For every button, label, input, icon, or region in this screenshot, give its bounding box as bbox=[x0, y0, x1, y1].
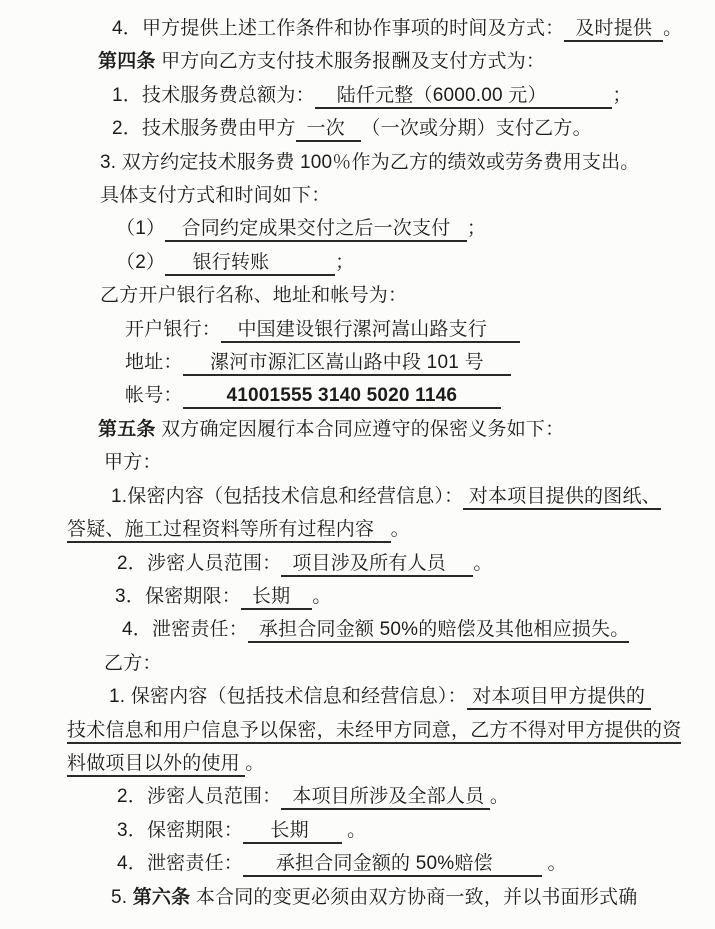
text-run: 甲方向乙方支付技术服务报酬及支付方式为： bbox=[156, 51, 545, 72]
text-run: 5. bbox=[111, 887, 133, 908]
fillin-field-value: 技术信息和用户信息予以保密，未经甲方同意，乙方不得对甲方提供的资 bbox=[67, 720, 681, 744]
text-run: 4．泄密责任： bbox=[117, 853, 243, 874]
text-run: 4．甲方提供上述工作条件和协作事项的时间及方式： bbox=[112, 18, 564, 39]
text-run: 3. 双方约定技术服务费 100％作为乙方的绩效或劳务费用支出。 bbox=[100, 152, 640, 173]
text-run: 。 bbox=[663, 18, 682, 39]
text-run: 。 bbox=[312, 586, 331, 607]
text-run: 。 bbox=[342, 820, 367, 841]
party-a-secret-content: 1.保密内容（包括技术信息和经营信息）： 对本项目提供的图纸、 bbox=[111, 480, 685, 513]
text-run: 第六条 bbox=[133, 887, 191, 908]
fillin-field-value: 本项目所涉及全部人员 bbox=[281, 786, 489, 810]
text-run: 3．保密期限： bbox=[117, 820, 243, 841]
fillin-field-value: 承担合同金额 50%的赔偿及其他相应损失。 bbox=[248, 619, 629, 643]
text-run: （2） bbox=[116, 252, 165, 273]
text-run: 2．涉密人员范围： bbox=[117, 786, 281, 807]
party-a-leak-liability: 4．泄密责任： 承担合同金额 50%的赔偿及其他相应损失。 bbox=[122, 613, 685, 646]
article-4-heading: 第四条 甲方向乙方支付技术服务报酬及支付方式为： bbox=[98, 45, 685, 78]
party-a-secret-term: 3．保密期限： 长期 。 bbox=[115, 580, 685, 613]
text-run: 3．保密期限： bbox=[115, 586, 241, 607]
text-run: 帐号： bbox=[125, 385, 183, 406]
text-run: 甲方： bbox=[104, 452, 162, 473]
text-run: 本合同的变更必须由双方协商一致，并以书面形式确 bbox=[190, 887, 637, 908]
party-b-secret-people: 2．涉密人员范围： 本项目所涉及全部人员 。 bbox=[117, 780, 685, 813]
bank-address: 地址： 漯河市源汇区嵩山路中段 101 号 bbox=[125, 346, 685, 379]
fee-usage: 3. 双方约定技术服务费 100％作为乙方的绩效或劳务费用支出。 bbox=[100, 146, 685, 179]
party-b-secret-content-cont1: 技术信息和用户信息予以保密，未经甲方同意，乙方不得对甲方提供的资 bbox=[67, 714, 685, 747]
party-b-secret-content-cont2: 料做项目以外的使用 。 bbox=[67, 747, 685, 780]
text-run: （1） bbox=[116, 218, 165, 239]
text-run: 第五条 bbox=[98, 419, 156, 440]
bank-name: 开户银行： 中国建设银行漯河嵩山路支行 bbox=[125, 313, 685, 346]
fillin-field-value: 长期 bbox=[243, 820, 342, 844]
text-run: 2．技术服务费由甲方 bbox=[112, 118, 296, 139]
text-run: 地址： bbox=[125, 352, 183, 373]
fillin-field-value: 漯河市源汇区嵩山路中段 101 号 bbox=[183, 352, 511, 376]
text-run: 。 bbox=[391, 519, 410, 540]
payment-method-2: （2） 银行转账 ； bbox=[116, 246, 685, 279]
text-run: 具体支付方式和时间如下： bbox=[100, 185, 330, 206]
fillin-field-value: 料做项目以外的使用 bbox=[67, 753, 245, 777]
text-run: 1．技术服务费总额为： bbox=[112, 85, 315, 106]
payment-method-1: （1） 合同约定成果交付之后一次支付 ； bbox=[116, 212, 685, 245]
text-run: 。 bbox=[542, 853, 567, 874]
party-a-label: 甲方： bbox=[104, 446, 685, 479]
text-run: 。 bbox=[245, 753, 264, 774]
contract-scan-page: 4．甲方提供上述工作条件和协作事项的时间及方式： 及时提供 。第四条 甲方向乙方… bbox=[0, 0, 715, 929]
text-run: 双方确定因履行本合同应遵守的保密义务如下： bbox=[156, 419, 565, 440]
fillin-field-value: 及时提供 bbox=[564, 18, 663, 42]
party-b-secret-content: 1. 保密内容（包括技术信息和经营信息）： 对本项目甲方提供的 bbox=[109, 680, 685, 713]
text-run: 第四条 bbox=[98, 51, 156, 72]
article-5-heading: 第五条 双方确定因履行本合同应遵守的保密义务如下： bbox=[98, 413, 685, 446]
fillin-field-value: 对本项目提供的图纸、 bbox=[463, 486, 660, 510]
party-b-leak-liability: 4．泄密责任： 承担合同金额的 50%赔偿 。 bbox=[117, 847, 685, 880]
text-run: ； bbox=[335, 252, 354, 273]
text-run: 乙方开户银行名称、地址和帐号为： bbox=[100, 285, 407, 306]
fillin-field-value: 项目涉及所有人员 bbox=[281, 553, 473, 577]
clause-work-conditions-time: 4．甲方提供上述工作条件和协作事项的时间及方式： 及时提供 。 bbox=[112, 12, 685, 45]
fillin-field-value: 长期 bbox=[241, 586, 312, 610]
text-run: 2．涉密人员范围： bbox=[117, 553, 281, 574]
text-run: 。 bbox=[473, 553, 492, 574]
party-b-label: 乙方： bbox=[104, 647, 685, 680]
fillin-field-value: 一次 bbox=[296, 118, 362, 142]
bank-info-intro: 乙方开户银行名称、地址和帐号为： bbox=[100, 279, 685, 312]
fillin-field-value: 承担合同金额的 50%赔偿 bbox=[243, 853, 542, 877]
fee-total: 1．技术服务费总额为： 陆仟元整（6000.00 元） ； bbox=[112, 79, 685, 112]
party-a-secret-content-cont: 答疑、施工过程资料等所有过程内容 。 bbox=[67, 513, 685, 546]
text-run: 乙方： bbox=[104, 653, 162, 674]
text-run: ； bbox=[467, 218, 486, 239]
text-run: ； bbox=[612, 85, 631, 106]
fillin-field-value: 答疑、施工过程资料等所有过程内容 bbox=[67, 519, 391, 543]
bank-account: 帐号： 41001555 3140 5020 1146 bbox=[125, 379, 685, 412]
fillin-field-value: 41001555 3140 5020 1146 bbox=[183, 385, 501, 409]
text-run: 开户银行： bbox=[125, 319, 221, 340]
fee-payment-times: 2．技术服务费由甲方 一次 （一次或分期）支付乙方。 bbox=[112, 112, 685, 145]
party-a-secret-people: 2．涉密人员范围： 项目涉及所有人员 。 bbox=[117, 547, 685, 580]
article-6-heading: 5. 第六条 本合同的变更必须由双方协商一致，并以书面形式确 bbox=[111, 881, 685, 914]
fillin-field-value: 对本项目甲方提供的 bbox=[467, 686, 651, 710]
party-b-secret-term: 3．保密期限： 长期 。 bbox=[117, 814, 685, 847]
fillin-field-value: 陆仟元整（6000.00 元） bbox=[315, 85, 613, 109]
payment-method-intro: 具体支付方式和时间如下： bbox=[100, 179, 685, 212]
fillin-field-value: 银行转账 bbox=[165, 252, 335, 276]
fillin-field-value: 合同约定成果交付之后一次支付 bbox=[165, 218, 467, 242]
text-run: （一次或分期）支付乙方。 bbox=[361, 118, 591, 139]
text-run: 4．泄密责任： bbox=[122, 619, 248, 640]
text-run: 。 bbox=[490, 786, 509, 807]
fillin-field-value: 中国建设银行漯河嵩山路支行 bbox=[221, 319, 520, 343]
document-body: 4．甲方提供上述工作条件和协作事项的时间及方式： 及时提供 。第四条 甲方向乙方… bbox=[67, 12, 685, 914]
text-run: 1. 保密内容（包括技术信息和经营信息）： bbox=[109, 686, 467, 707]
text-run: 1.保密内容（包括技术信息和经营信息）： bbox=[111, 486, 463, 507]
